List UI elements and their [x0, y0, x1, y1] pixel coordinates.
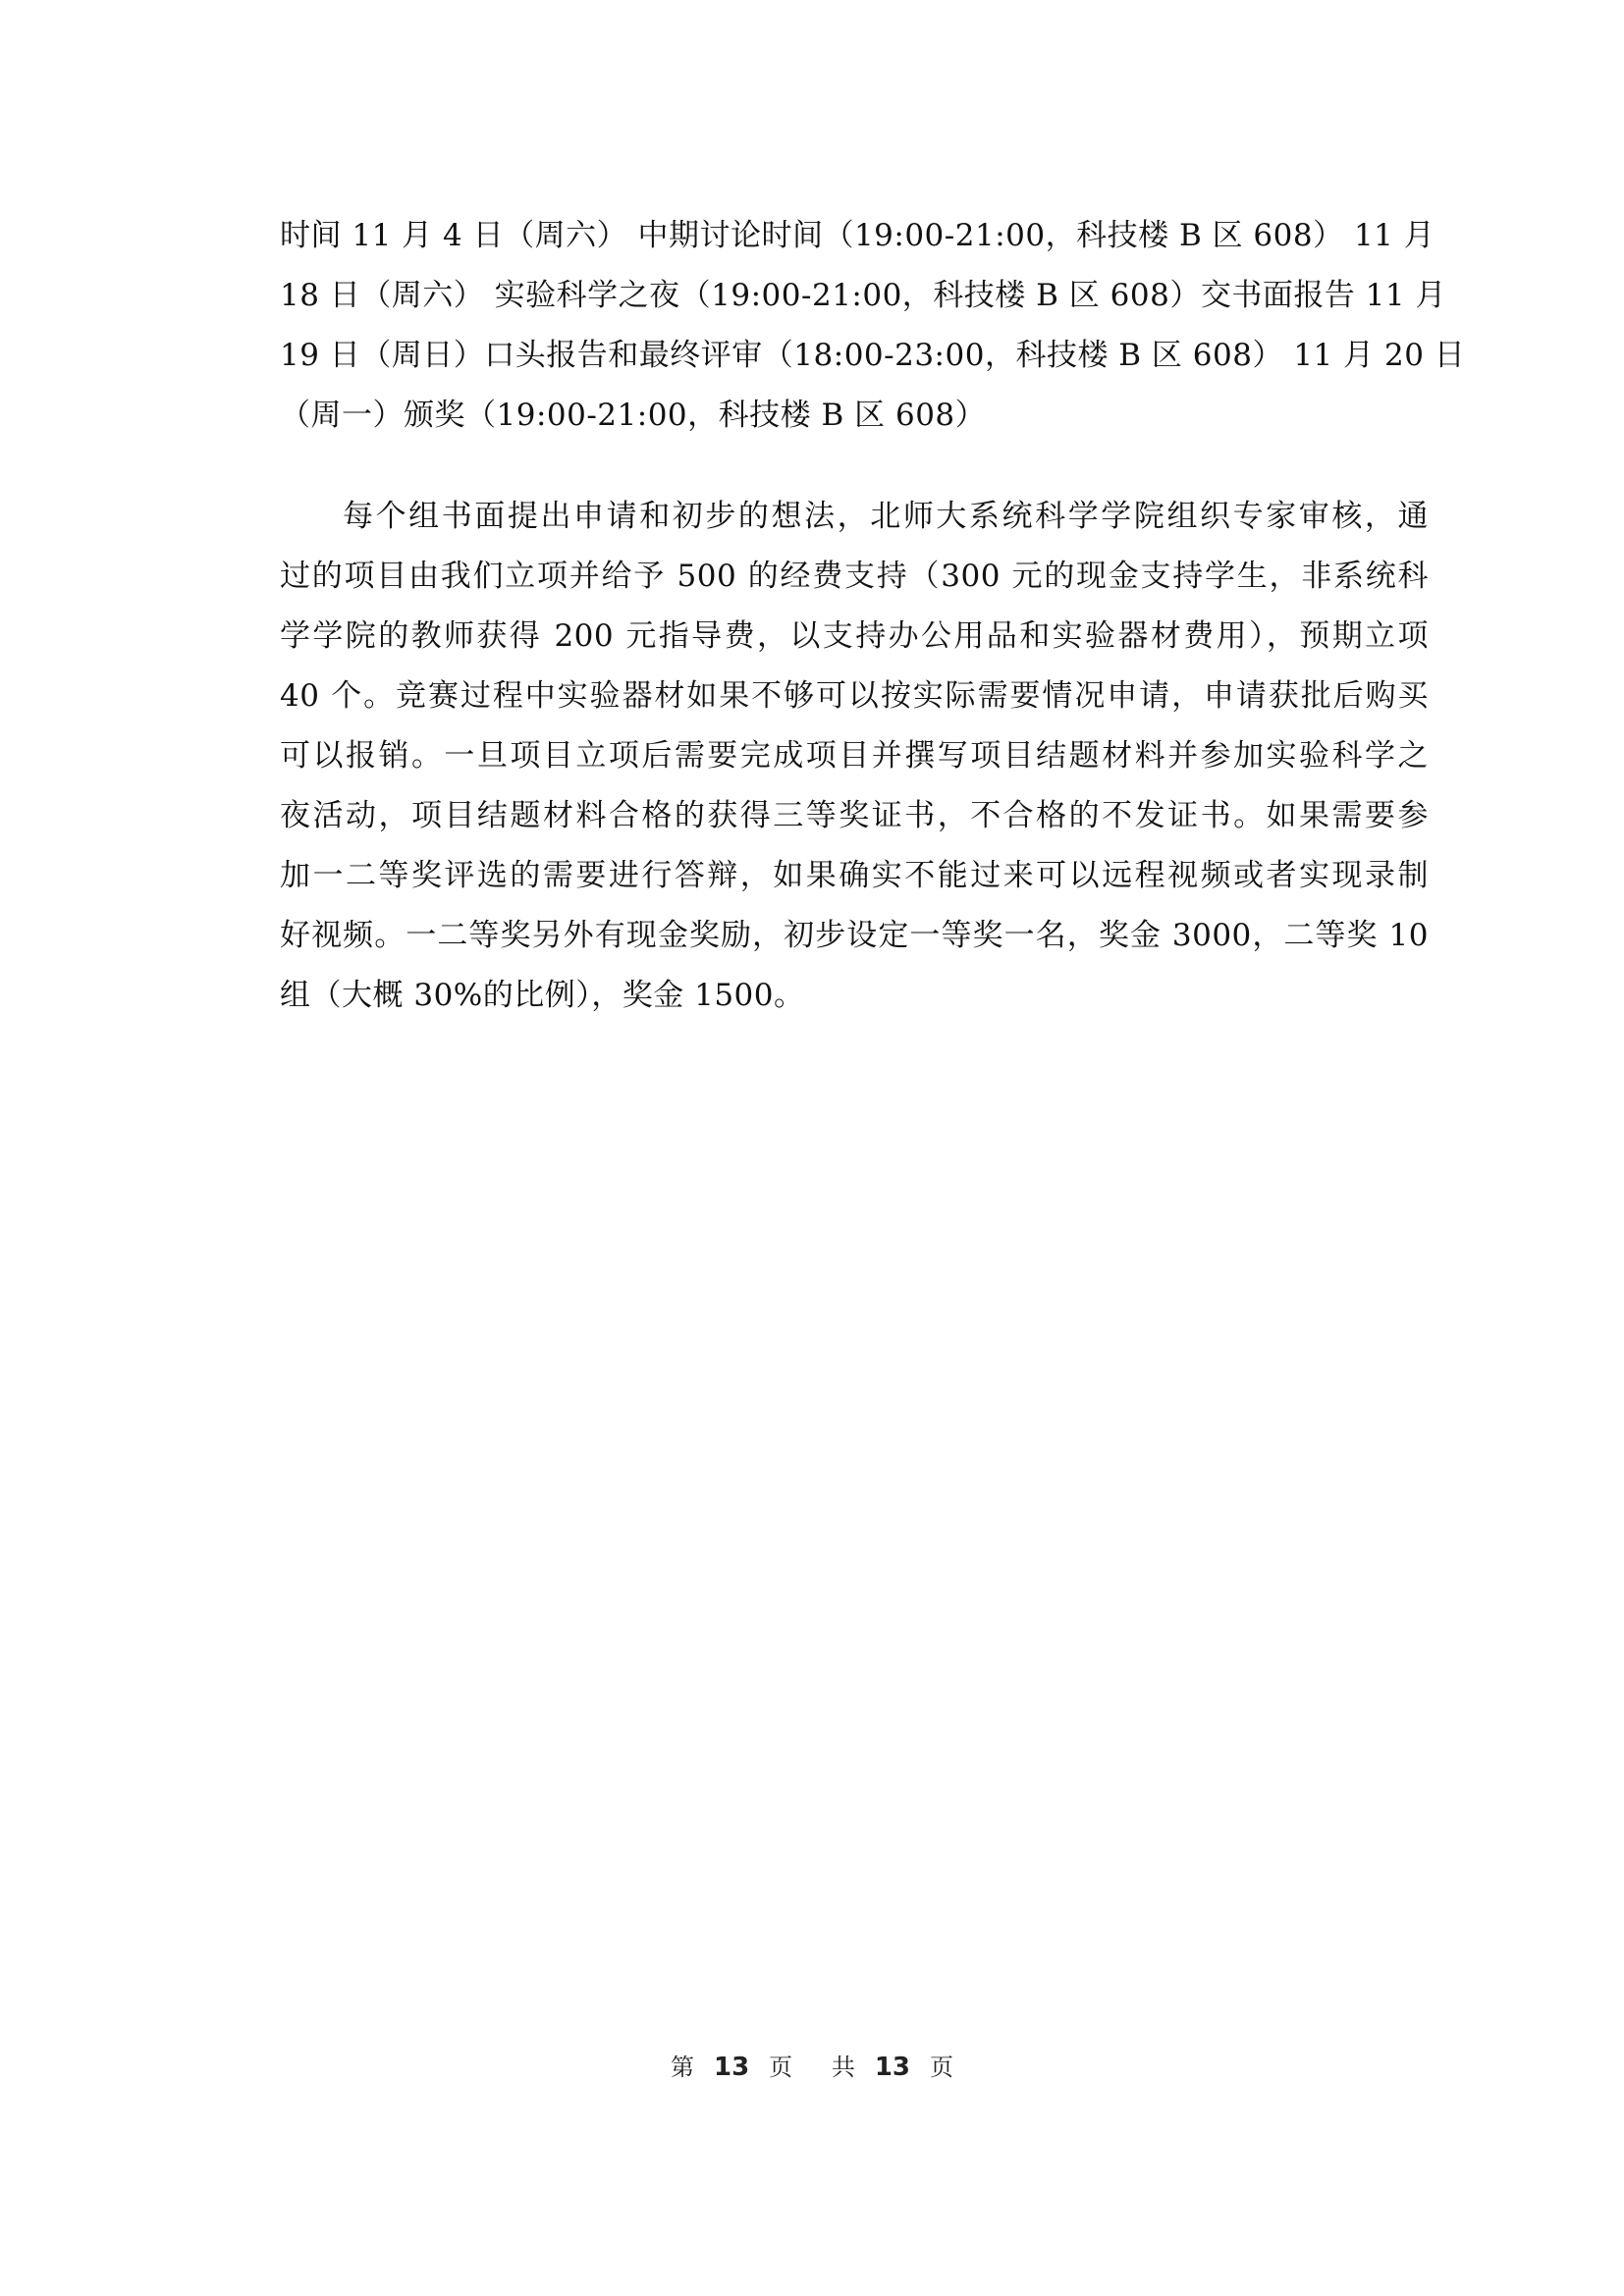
text-line: 夜活动，项目结题材料合格的获得三等奖证书，不合格的不发证书。如果需要参 — [280, 786, 1429, 846]
text-line: 18 日（周六） 实验科学之夜（19:00-21:00，科技楼 B 区 608）… — [280, 266, 1429, 326]
document-body: 时间 11 月 4 日（周六） 中期讨论时间（19:00-21:00，科技楼 B… — [280, 206, 1429, 1026]
paragraph-schedule: 时间 11 月 4 日（周六） 中期讨论时间（19:00-21:00，科技楼 B… — [280, 206, 1429, 446]
text-line: 过的项目由我们立项并给予 500 的经费支持（300 元的现金支持学生，非系统科 — [280, 547, 1429, 607]
document-page: 时间 11 月 4 日（周六） 中期讨论时间（19:00-21:00，科技楼 B… — [0, 0, 1624, 2296]
total-page-count: 13 — [875, 2053, 910, 2082]
footer-prefix: 第 — [671, 2054, 694, 2081]
text-line: 加一二等奖评选的需要进行答辩，如果确实不能过来可以远程视频或者实现录制 — [280, 846, 1429, 906]
paragraph-spacing — [280, 446, 1429, 487]
footer-total-prefix: 共 — [832, 2054, 855, 2081]
text-line: 40 个。竞赛过程中实验器材如果不够可以按实际需要情况申请，申请获批后购买 — [280, 667, 1429, 726]
text-line: 每个组书面提出申请和初步的想法，北师大系统科学学院组织专家审核，通 — [280, 487, 1429, 547]
text-line: 好视频。一二等奖另外有现金奖励，初步设定一等奖一名，奖金 3000，二等奖 10 — [280, 906, 1429, 966]
page-footer: 第13页 共13页 — [0, 2048, 1624, 2082]
text-line: 学学院的教师获得 200 元指导费，以支持办公用品和实验器材费用），预期立项 — [280, 607, 1429, 667]
text-line: 19 日（周日）口头报告和最终评审（18:00-23:00，科技楼 B 区 60… — [280, 326, 1429, 386]
text-line: 组（大概 30%的比例），奖金 1500。 — [280, 966, 1429, 1026]
text-line: 时间 11 月 4 日（周六） 中期讨论时间（19:00-21:00，科技楼 B… — [280, 206, 1429, 266]
text-line: （周一）颁奖（19:00-21:00，科技楼 B 区 608） — [280, 386, 1429, 446]
footer-total-suffix: 页 — [930, 2054, 953, 2081]
text-line: 可以报销。一旦项目立项后需要完成项目并撰写项目结题材料并参加实验科学之 — [280, 726, 1429, 786]
current-page-number: 13 — [714, 2053, 749, 2082]
paragraph-funding: 每个组书面提出申请和初步的想法，北师大系统科学学院组织专家审核，通 过的项目由我… — [280, 487, 1429, 1026]
footer-page-word: 页 — [769, 2054, 792, 2081]
